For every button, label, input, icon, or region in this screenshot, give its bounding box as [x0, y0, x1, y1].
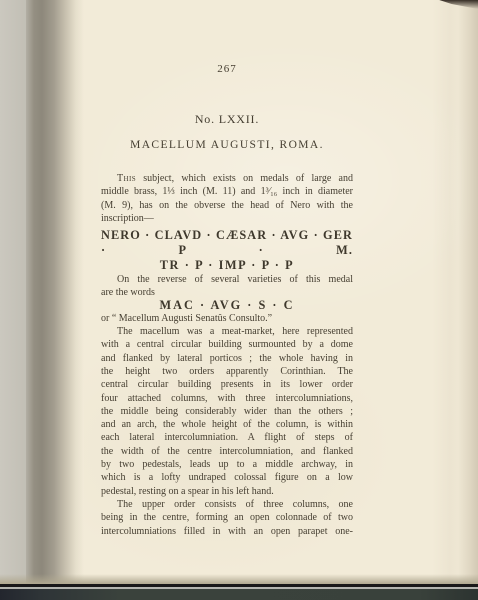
- text-line: pedestal, resting on a spear in his left…: [101, 485, 353, 498]
- text-line: which is a lofty undraped colossal figur…: [101, 471, 353, 484]
- text-line: the height two orders apparently Corinth…: [101, 365, 353, 378]
- obverse-inscription-line-2: TR · P · IMP · P · P: [101, 258, 353, 273]
- gutter-shadow: [26, 0, 84, 592]
- small-caps-lead: This: [117, 173, 136, 184]
- scanned-book-page: 267 No. LXXII. MACELLUM AUGUSTI, ROMA. T…: [0, 0, 478, 600]
- text-line: four attached columns, with three interc…: [101, 392, 353, 405]
- paragraph-intro: This subject, which exists on medals of …: [101, 172, 353, 225]
- text-line: On the reverse of several varieties of t…: [101, 273, 353, 286]
- text-line: being in the centre, forming an open col…: [101, 511, 353, 524]
- inscription-expansion-line: or “ Macellum Augusti Senatûs Consulto.”: [101, 312, 353, 325]
- page-bottom-shadow: [0, 574, 478, 584]
- text-line: by two pedestals, leads up to a middle a…: [101, 458, 353, 471]
- paragraph-upper-order: The upper order consists of three column…: [101, 498, 353, 538]
- inscription-expansion: or “ Macellum Augusti Senatûs Consulto.”: [101, 312, 353, 325]
- text-line: each lateral intercolumniation. A flight…: [101, 431, 353, 444]
- obverse-inscription-line-1: NERO · CLAVD · CÆSAR · AVG · GER · P · M…: [101, 228, 353, 258]
- paragraph-description: The macellum was a meat-market, here rep…: [101, 325, 353, 498]
- text-line: central circular building presents in it…: [101, 378, 353, 391]
- text-line: the width of the centre intercolumniatio…: [101, 445, 353, 458]
- text-line: inscription—: [101, 212, 353, 225]
- paragraph-intro-line-1-rest: subject, which exists on medals of large…: [136, 173, 353, 184]
- page-curl-shading: [432, 0, 478, 592]
- section-heading: No. LXXII.: [101, 112, 353, 126]
- text-line: the middle being considerably wider than…: [101, 405, 353, 418]
- book-cover-bottom: [0, 589, 478, 600]
- facing-page-edge: [0, 0, 26, 592]
- text-line: The upper order consists of three column…: [101, 498, 353, 511]
- text-line: and flanked by lateral porticos ; the wh…: [101, 352, 353, 365]
- text-line: intercolumniations filled in with an ope…: [101, 525, 353, 538]
- text-line: middle brass, 1⅓ inch (M. 11) and 1³⁄₁₆ …: [101, 185, 353, 198]
- page-text-column: 267 No. LXXII. MACELLUM AUGUSTI, ROMA. T…: [101, 0, 353, 538]
- article-title: MACELLUM AUGUSTI, ROMA.: [101, 138, 353, 152]
- paragraph-reverse: On the reverse of several varieties of t…: [101, 273, 353, 300]
- reverse-inscription: MAC · AVG · S · C: [101, 298, 353, 312]
- text-line: (M. 9), has on the obverse the head of N…: [101, 199, 353, 212]
- page-number: 267: [101, 63, 353, 76]
- text-line: with a central circular building surmoun…: [101, 338, 353, 351]
- text-line: The macellum was a meat-market, here rep…: [101, 325, 353, 338]
- obverse-inscription: NERO · CLAVD · CÆSAR · AVG · GER · P · M…: [101, 228, 353, 273]
- text-line: and an arch, the whole height of the col…: [101, 418, 353, 431]
- paragraph-intro-line-1: This subject, which exists on medals of …: [101, 172, 353, 185]
